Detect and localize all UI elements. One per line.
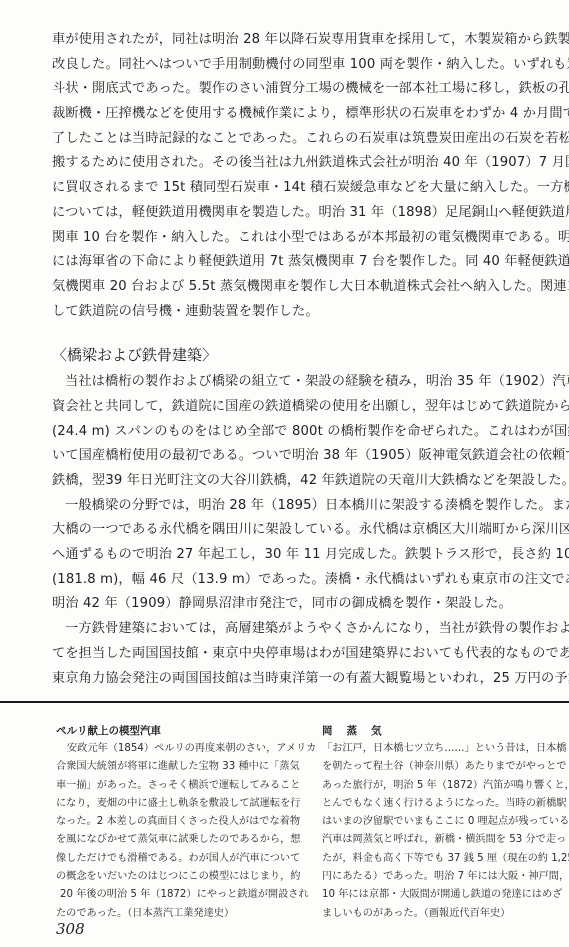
text-line: 改良した。同社へはついで手用制動機付の同型車 100 両を製作・納入した。いずれ… (52, 53, 522, 78)
sidebar-oka-joki: 岡蒸気 「お江戸，日本橋七ツ立ち……」という昔は，日本橋 を朝たって程土谷（神奈… (322, 722, 558, 923)
text-line: 車が使用されたが，同社は明治 28 年以降石炭専用貨車を採用して，木製炭箱から鉄… (52, 28, 522, 53)
text-line: 気機関車 20 台および 5.5t 蒸気機関車を製作し大日本軌道株式会社へ納入し… (52, 275, 522, 300)
paragraph-railway-bridges: 当社は橋桁の製作および橋梁の組立て・架設の経験を積み，明治 35 年（1902）… (52, 370, 522, 493)
sidebar-title: ペルリ献上の模型汽車 (56, 722, 284, 740)
text-line: 「お江戸，日本橋七ツ立ち……」という昔は，日本橋 (322, 740, 558, 758)
section-heading: 〈橋梁および鉄骨建築〉 (52, 342, 522, 368)
text-line: して鉄道院の信号機・連動装置を製作した。 (52, 300, 522, 325)
text-line: 一方鉄骨建築においては，高層建築がようやくさかんになり，当社が鉄骨の製作および組… (52, 617, 522, 642)
text-line: の概念をいだいたのはじつにこの模型にはじまり，約 (56, 868, 284, 886)
text-line: 大橋の一つである永代橋を隅田川に架設している。永代橋は京橋区大川端町から深川区相… (52, 518, 522, 543)
text-line: 車一揃」があった。さっそく横浜で運転してみること (56, 777, 284, 795)
main-text: 車が使用されたが，同社は明治 28 年以降石炭専用貨車を採用して，木製炭箱から鉄… (52, 28, 522, 691)
text-line: 裁断機・圧搾機などを使用する機械作業により，標準形状の石炭車をわずか 4 か月間… (52, 102, 522, 127)
text-line: (181.8 m)，幅 46 尺（13.9 m）であった。湊橋・永代橋はいずれも… (52, 568, 522, 593)
sidebar-perry-model-train: ペルリ献上の模型汽車 安政元年（1854）ペルリの再度来朝のさい，アメリカ 合衆… (56, 722, 284, 923)
text-line: 安政元年（1854）ペルリの再度来朝のさい，アメリカ (56, 740, 284, 758)
text-line: には海軍省の下命により軽便鉄道用 7t 蒸気機関車 7 台を製作した。同 40 … (52, 250, 522, 275)
text-line: 了したことは当時記録的なことであった。これらの石炭車は筑豊炭田産出の石炭を若松港… (52, 127, 522, 152)
text-line: あった旅行が，明治 5 年（1872）汽笛が鳴り響くと， (322, 777, 558, 795)
text-line: ましいものがあった。（画報近代百年史） (322, 905, 558, 923)
text-line: とんでもなく速く行けるようになった。当時の新橋駅 (322, 795, 558, 813)
text-line: 資会社と共同して，鉄道院に国産の鉄道橋梁の使用を出願し，翌年はじめて鉄道院から … (52, 395, 522, 420)
text-line: 当社は橋桁の製作および橋梁の組立て・架設の経験を積み，明治 35 年（1902）… (52, 370, 522, 395)
text-line: 合衆国大統領が将軍に進献した宝物 33 種中に「蒸気 (56, 758, 284, 776)
text-line: 円にあたる）であった。明治 7 年には大阪・神戸間， (322, 868, 558, 886)
paragraph-general-bridges: 一般橋梁の分野では，明治 28 年（1895）日本橋川に架設する湊橋を製作した。… (52, 494, 522, 617)
text-line: になり，麦畑の中に盛土し軌条を敷設して試運転を行 (56, 795, 284, 813)
divider-rule (0, 701, 569, 703)
text-line: (24.4 m) スパンのものをはじめ全部で 800t の橋桁製作を命ぜられた。… (52, 420, 522, 445)
page-number: 308 (56, 920, 85, 938)
text-line: については，軽便鉄道用機関車を製造した。明治 31 年（1898）足尾銅山へ軽便… (52, 201, 522, 226)
text-line: を朝たって程土谷（神奈川県）あたりまでがやっとで (322, 758, 558, 776)
text-line: 20 年後の明治 5 年（1872）にやっと鉄道が開設され (56, 886, 284, 904)
text-line: 東京角力協会発注の両国国技館は当時東洋第一の有蓋大観覧場といわれ，25 万円の予… (52, 667, 522, 692)
text-line: 搬するために使用された。その後当社は九州鉄道株式会社が明治 40 年（1907）… (52, 151, 522, 176)
paragraph-coal-cars-locomotives: 車が使用されたが，同社は明治 28 年以降石炭専用貨車を採用して，木製炭箱から鉄… (52, 28, 522, 324)
paragraph-steel-buildings: 一方鉄骨建築においては，高層建築がようやくさかんになり，当社が鉄骨の製作および組… (52, 617, 522, 691)
text-line: 斗状・開底式であった。製作のさい浦賀分工場の機械を一部本社工場に移し，鉄板の孔抜… (52, 77, 522, 102)
sidebar-title: 岡蒸気 (322, 722, 558, 740)
text-line: 一般橋梁の分野では，明治 28 年（1895）日本橋川に架設する湊橋を製作した。… (52, 494, 522, 519)
text-line: へ通ずるもので明治 27 年起工し，30 年 11 月完成した。鉄製トラス形で，… (52, 543, 522, 568)
text-line: 汽車は岡蒸気と呼ばれ，新橋・横浜間を 53 分で走っ (322, 831, 558, 849)
text-line: を風になびかせて蒸気車に試乗したのであるから，想 (56, 831, 284, 849)
text-line: いて国産橋桁使用の最初である。ついで明治 38 年（1905）阪神電気鉄道会社の… (52, 444, 522, 469)
text-line: はいまの汐留駅でいまもここに 0 哩起点が残っている。 (322, 813, 558, 831)
text-line: 鉄橋，翌39 年日光町注文の大谷川鉄橋，42 年鉄道院の天竜川大鉄橋などを架設し… (52, 469, 522, 494)
text-line: なった。2 本差しの真面目くさった役人がはでな着物 (56, 813, 284, 831)
text-line: たが，料金も高く下等でも 37 銭 5 厘（現在の約 1,250 (322, 850, 558, 868)
text-line: 関車 10 台を製作・納入した。これは小型ではあるが本邦最初の電気機関車である。… (52, 226, 522, 251)
text-line: たのであった。（日本蒸汽工業発達史） (56, 905, 284, 923)
text-line: 明治 42 年（1909）静岡県沼津市発注で，同市の御成橋を製作・架設した。 (52, 592, 522, 617)
text-line: に買収されるまで 15t 積同型石炭車・14t 積石炭緩急車などを大量に納入した… (52, 176, 522, 201)
text-line: てを担当した両国国技館・東京中央停車場はわが国建築界においても代表的なものであっ… (52, 642, 522, 667)
text-line: 像しただけでも滑稽である。わが国人が汽車について (56, 850, 284, 868)
text-line: 10 年には京都・大阪間が開通し鉄道の発達にはめざ (322, 886, 558, 904)
